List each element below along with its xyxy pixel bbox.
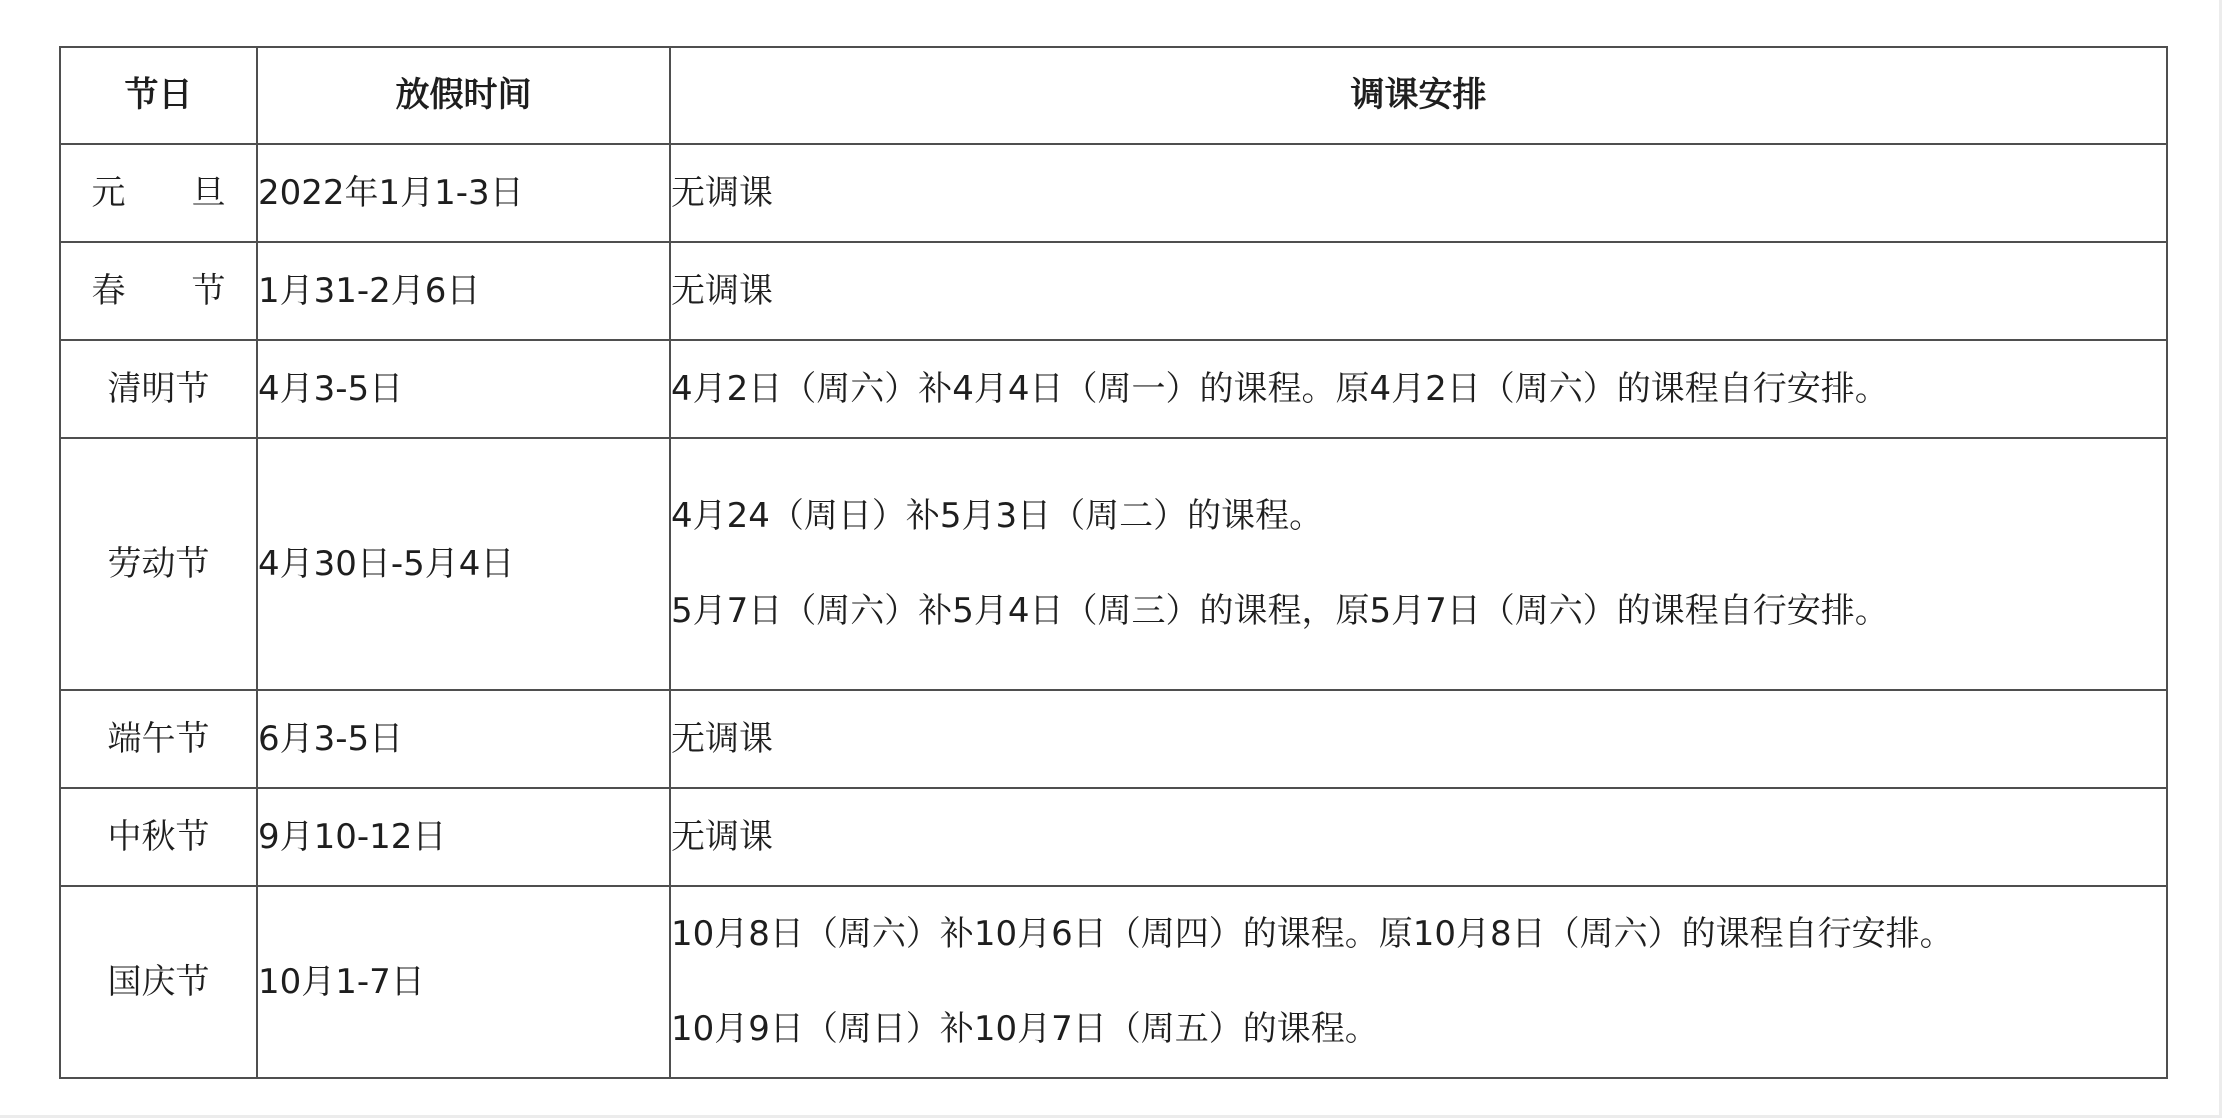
vacation-dates-cell: 10月1-7日 [257,886,670,1078]
arrangement-line: 无调课 [671,719,2166,760]
holiday-name-char: 旦 [192,173,226,213]
table-row: 清明节 4月3-5日 4月2日（周六）补4月4日（周一）的课程。原4月2日（周六… [60,340,2167,438]
arrangement-cell: 无调课 [670,242,2167,340]
arrangement-line: 10月9日（周日）补10月7日（周五）的课程。 [671,1009,2166,1050]
table-row: 劳动节 4月30日-5月4日 4月24（周日）补5月3日（周二）的课程。 5月7… [60,438,2167,690]
arrangement-line: 无调课 [671,817,2166,858]
header-class-arrangement: 调课安排 [670,47,2167,144]
arrangement-line: 无调课 [671,271,2166,312]
holiday-name-cell: 春节 [60,242,257,340]
vacation-dates-cell: 2022年1月1-3日 [257,144,670,242]
vacation-dates-cell: 4月30日-5月4日 [257,438,670,690]
arrangement-line: 10月8日（周六）补10月6日（周四）的课程。原10月8日（周六）的课程自行安排… [671,914,2166,955]
holiday-schedule-table: 节日 放假时间 调课安排 元旦 2022年1月1-3日 无调课 春节 1月31-… [59,46,2168,1079]
holiday-name-cell: 国庆节 [60,886,257,1078]
arrangement-cell: 无调课 [670,144,2167,242]
holiday-name-char: 节 [192,271,226,311]
header-holiday: 节日 [60,47,257,144]
holiday-name-cell: 劳动节 [60,438,257,690]
table-row: 中秋节 9月10-12日 无调课 [60,788,2167,886]
arrangement-line: 无调课 [671,173,2166,214]
arrangement-cell: 4月24（周日）补5月3日（周二）的课程。 5月7日（周六）补5月4日（周三）的… [670,438,2167,690]
table-row: 国庆节 10月1-7日 10月8日（周六）补10月6日（周四）的课程。原10月8… [60,886,2167,1078]
arrangement-line: 4月24（周日）补5月3日（周二）的课程。 [671,496,2166,537]
vacation-dates-cell: 4月3-5日 [257,340,670,438]
table-row: 春节 1月31-2月6日 无调课 [60,242,2167,340]
arrangement-line: 4月2日（周六）补4月4日（周一）的课程。原4月2日（周六）的课程自行安排。 [671,369,2166,410]
arrangement-cell: 10月8日（周六）补10月6日（周四）的课程。原10月8日（周六）的课程自行安排… [670,886,2167,1078]
vacation-dates-cell: 6月3-5日 [257,690,670,788]
holiday-name-cell: 端午节 [60,690,257,788]
holiday-name-cell: 元旦 [60,144,257,242]
holiday-name-cell: 清明节 [60,340,257,438]
header-vacation-dates: 放假时间 [257,47,670,144]
arrangement-cell: 无调课 [670,690,2167,788]
vacation-dates-cell: 1月31-2月6日 [257,242,670,340]
vacation-dates-cell: 9月10-12日 [257,788,670,886]
arrangement-line: 5月7日（周六）补5月4日（周三）的课程，原5月7日（周六）的课程自行安排。 [671,591,2166,632]
arrangement-cell: 4月2日（周六）补4月4日（周一）的课程。原4月2日（周六）的课程自行安排。 [670,340,2167,438]
holiday-name-cell: 中秋节 [60,788,257,886]
table-row: 元旦 2022年1月1-3日 无调课 [60,144,2167,242]
arrangement-cell: 无调课 [670,788,2167,886]
holiday-name-char: 元 [92,173,126,213]
table-header-row: 节日 放假时间 调课安排 [60,47,2167,144]
holiday-name-char: 春 [92,271,126,311]
table-row: 端午节 6月3-5日 无调课 [60,690,2167,788]
